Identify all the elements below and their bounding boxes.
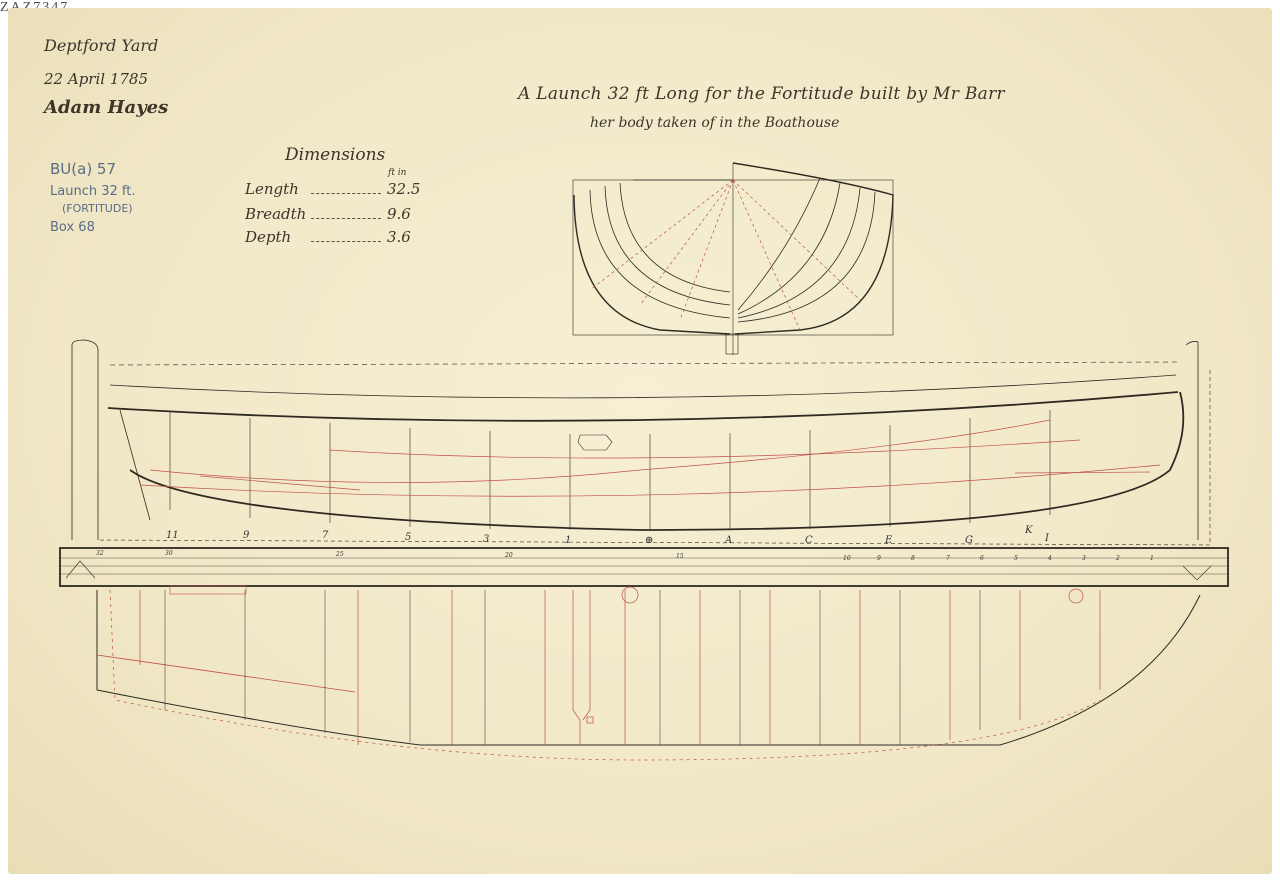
station-label: 9 [243, 530, 250, 541]
svg-text:8: 8 [911, 555, 915, 562]
station-label: ⊕ [645, 535, 653, 546]
sheer-plan [72, 340, 1210, 545]
body-plan [573, 163, 893, 355]
station-label: G [965, 535, 973, 546]
half-breadth-plan [97, 586, 1200, 760]
ship-drawing: 11 9 7 5 3 1 ⊕ A C E G I K 32 30 25 20 1… [0, 0, 1280, 882]
station-label: 1 [565, 535, 571, 546]
station-label: 11 [166, 530, 179, 541]
station-label: K [1024, 525, 1033, 536]
station-label: A [724, 535, 732, 546]
scale-labels: 32 30 25 20 15 10 9 8 7 6 5 4 3 2 1 [96, 550, 1154, 562]
svg-text:32: 32 [96, 550, 104, 557]
svg-text:20: 20 [504, 552, 513, 559]
svg-text:1: 1 [1150, 555, 1154, 562]
station-label: E [884, 535, 893, 546]
station-labels: 11 9 7 5 3 1 ⊕ A C E G I K [166, 525, 1050, 546]
station-label: C [805, 535, 813, 546]
svg-text:6: 6 [980, 555, 984, 562]
svg-text:30: 30 [165, 550, 173, 557]
scale-bar [60, 548, 1228, 586]
svg-text:2: 2 [1115, 555, 1120, 562]
station-label: 5 [405, 532, 411, 543]
svg-text:9: 9 [877, 555, 881, 562]
svg-text:15: 15 [676, 553, 684, 560]
svg-text:4: 4 [1047, 555, 1052, 562]
station-label: I [1044, 533, 1050, 544]
svg-text:25: 25 [335, 551, 344, 558]
station-label: 7 [322, 530, 329, 541]
svg-text:7: 7 [946, 555, 950, 562]
station-label: 3 [483, 534, 489, 545]
svg-text:3: 3 [1082, 555, 1086, 562]
svg-text:5: 5 [1014, 555, 1018, 562]
svg-text:10: 10 [843, 555, 851, 562]
